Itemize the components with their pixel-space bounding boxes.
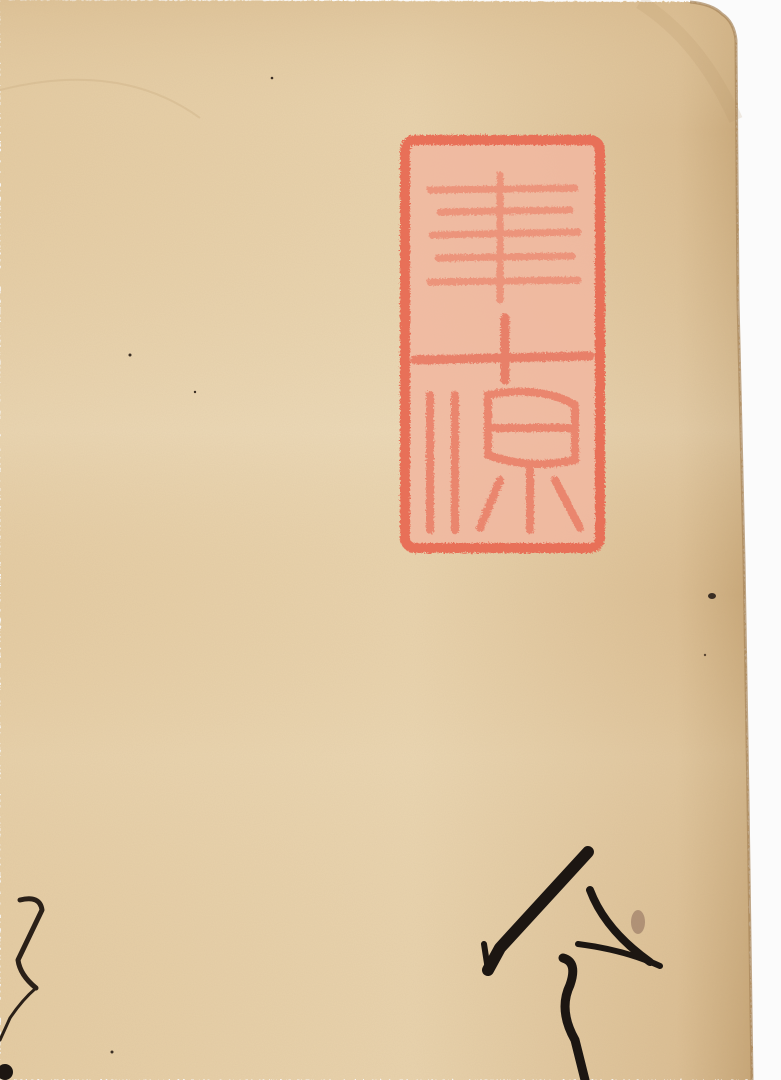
ink-dot <box>708 593 716 599</box>
brown-smudge <box>631 910 645 934</box>
photo-paper <box>0 0 781 1080</box>
paper-scene <box>0 0 781 1080</box>
red-seal-stamp <box>405 140 600 548</box>
